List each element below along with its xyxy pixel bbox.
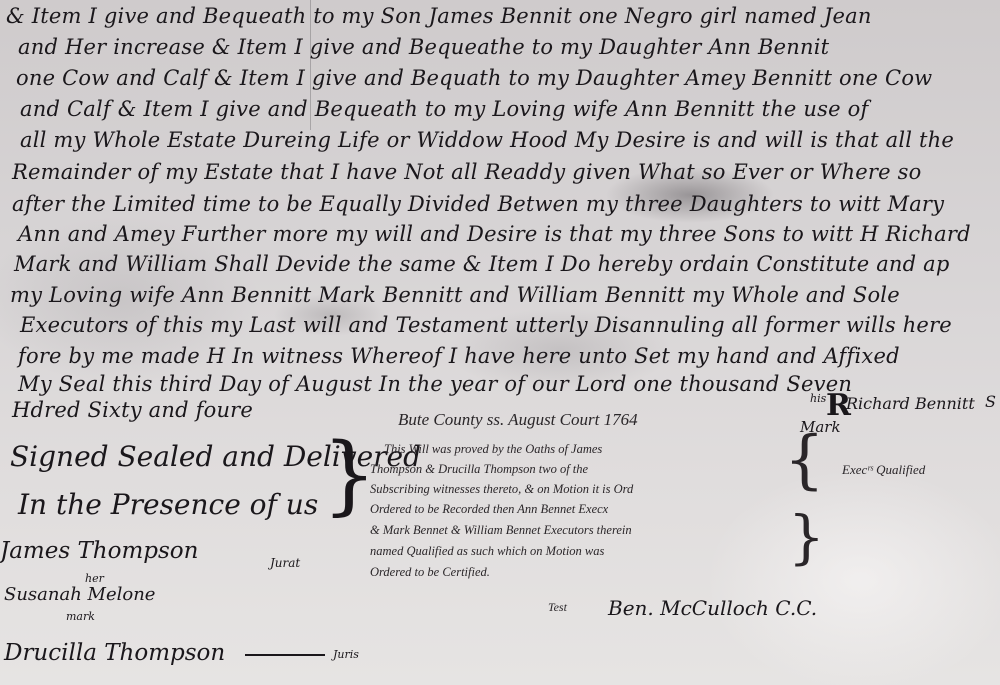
will-line-13: My Seal this third Day of August In the … [18, 372, 852, 396]
court-line-1: This Will was proved by the Oaths of Jam… [384, 442, 602, 457]
will-line-6: Remainder of my Estate that I have Not a… [12, 160, 921, 184]
mark-label: mark [66, 610, 95, 623]
scanned-will-page: & Item I give and Bequeath to my Son Jam… [0, 0, 1000, 685]
will-line-12: fore by me made H In witness Whereof I h… [18, 344, 900, 368]
attestation-brace: } [322, 432, 377, 518]
will-line-10: my Loving wife Ann Bennitt Mark Bennitt … [10, 283, 900, 307]
will-line-8: Ann and Amey Further more my will and De… [18, 222, 971, 246]
testator-name: Richard Bennitt [846, 394, 975, 413]
court-line-5: & Mark Bennet & William Bennet Executors… [370, 523, 632, 538]
will-line-7: after the Limited time to be Equally Div… [12, 192, 944, 216]
his-label: his [810, 392, 826, 405]
court-line-7: Ordered to be Certified. [370, 565, 490, 580]
court-line-2: Thompson & Drucilla Thompson two of the [370, 462, 588, 477]
witness-note: Juris [333, 648, 359, 661]
will-line-3: one Cow and Calf & Item I give and Bequa… [16, 66, 932, 90]
will-line-14: Hdred Sixty and foure [12, 398, 253, 422]
endorsement-brace-lower: } [788, 508, 825, 566]
court-heading: Bute County ss. August Court 1764 [398, 410, 638, 430]
court-line-3: Subscribing witnesses thereto, & on Moti… [370, 482, 633, 497]
seal-fragment: S [985, 392, 996, 411]
court-line-6: named Qualified as such which on Motion … [370, 544, 604, 559]
court-line-4: Ordered to be Recorded then Ann Bennet E… [370, 502, 608, 517]
witness-name: James Thompson [0, 538, 198, 564]
clerk-signature: Ben. McCulloch C.C. [608, 596, 817, 620]
will-line-4: and Calf & Item I give and Bequeath to m… [20, 97, 868, 121]
will-line-1: & Item I give and Bequeath to my Son Jam… [6, 4, 872, 28]
test-label: Test [548, 600, 567, 615]
endorsement-brace-upper: { [784, 428, 825, 492]
witness-name: Drucilla Thompson [4, 640, 225, 666]
will-line-5: all my Whole Estate Dureing Life or Widd… [20, 128, 954, 152]
will-line-9: Mark and William Shall Devide the same &… [14, 252, 950, 276]
witness-name: Susanah Melone [4, 584, 155, 605]
executors-qualified-note: Execʳˢ Qualified [842, 462, 925, 478]
witness-note: Jurat [270, 556, 300, 570]
will-line-11: Executors of this my Last will and Testa… [20, 313, 952, 337]
signature-rule [245, 654, 325, 656]
will-line-2: and Her increase & Item I give and Beque… [18, 35, 829, 59]
attestation-line-2: In the Presence of us [18, 488, 318, 521]
